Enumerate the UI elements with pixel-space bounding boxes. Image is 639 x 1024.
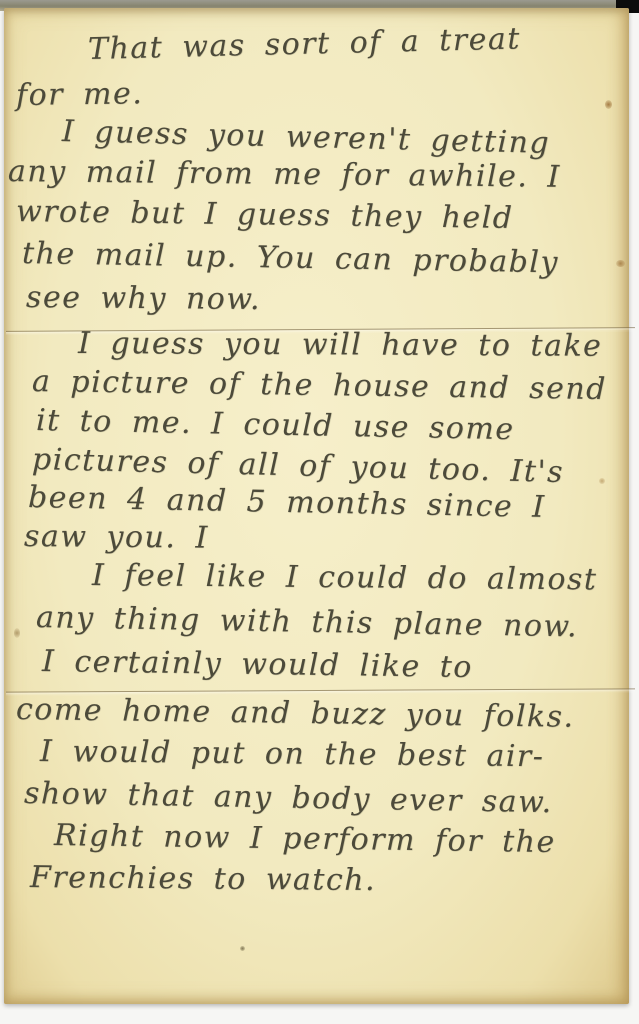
letter-line: I would put on the best air- [40, 734, 545, 775]
letter-line: come home and buzz you folks. [16, 692, 575, 736]
letter-line: I certainly would like to [42, 644, 473, 686]
letter-line: it to me. I could use some [36, 403, 515, 448]
scanned-letter-image: That was sort of a treat for me. I guess… [0, 0, 639, 1024]
letter-line: for me. [16, 76, 144, 114]
letter-line: show that any body ever saw. [24, 776, 553, 821]
letter-line: I guess you will have to take [78, 326, 603, 365]
letter-line: any thing with this plane now. [36, 600, 579, 645]
letter-line: wrote but I guess they held [16, 194, 514, 237]
letter-line: saw you. I [24, 519, 209, 557]
letter-line: That was sort of a treat [88, 21, 522, 68]
letter-line: I feel like I could do almost [92, 558, 598, 598]
letter-line: Right now I perform for the [54, 818, 556, 861]
letter-line: any mail from me for awhile. I [8, 154, 561, 196]
letter-line: Frenchies to watch. [30, 860, 376, 899]
handwritten-text: That was sort of a treat for me. I guess… [0, 0, 639, 1024]
letter-line: see why now. [26, 280, 261, 318]
letter-line: the mail up. You can probably [22, 236, 559, 281]
letter-line: a picture of the house and send [32, 364, 607, 408]
